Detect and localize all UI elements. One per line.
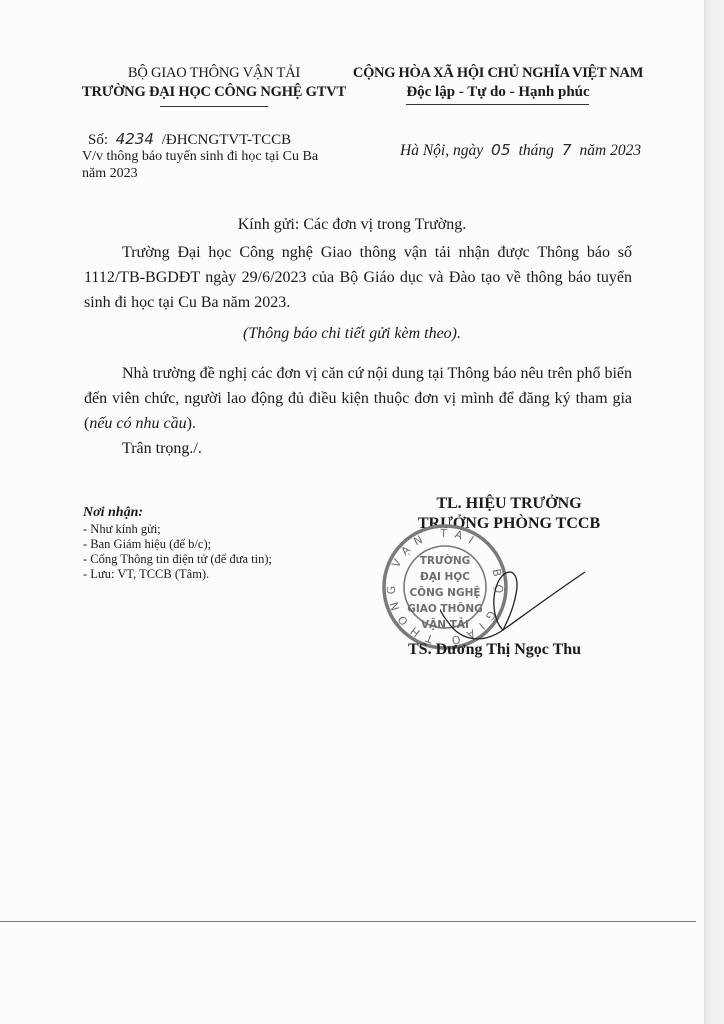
body-paragraph-2: Nhà trường đề nghị các đơn vị căn cứ nội…	[84, 361, 632, 436]
document-number: Số: 4234 /ĐHCNGTVT-TCCB	[88, 130, 291, 149]
ministry-name: BỘ GIAO THÔNG VẬN TẢI	[82, 64, 346, 83]
doc-number-handwritten: 4234	[116, 130, 154, 148]
day-handwritten: 05	[491, 141, 511, 159]
recipient-item: - Như kính gửi;	[83, 522, 272, 537]
handwritten-signature-icon	[440, 560, 590, 650]
header-underline	[160, 106, 268, 107]
subject-line-1: V/v thông báo tuyển sinh đi học tại Cu B…	[82, 148, 352, 165]
paragraph-1-text: Trường Đại học Công nghệ Giao thông vận …	[84, 244, 632, 311]
recipients-title: Nơi nhận:	[83, 504, 272, 522]
doc-number-suffix: /ĐHCNGTVT-TCCB	[162, 132, 291, 148]
body-paragraph-1: Trường Đại học Công nghệ Giao thông vận …	[84, 240, 632, 315]
document-subject: V/v thông báo tuyển sinh đi học tại Cu B…	[82, 148, 352, 182]
national-header: CỘNG HÒA XÃ HỘI CHỦ NGHĨA VIỆT NAM Độc l…	[348, 64, 648, 105]
subject-line-2: năm 2023	[82, 165, 352, 182]
place-label: Hà Nội, ngày	[400, 142, 483, 159]
closing: Trân trọng./.	[122, 440, 202, 458]
nation-name: CỘNG HÒA XÃ HỘI CHỦ NGHĨA VIỆT NAM	[348, 64, 648, 83]
issuer-header: BỘ GIAO THÔNG VẬN TẢI TRƯỜNG ĐẠI HỌC CÔN…	[82, 64, 346, 107]
salutation: Kính gửi: Các đơn vị trong Trường.	[0, 216, 704, 234]
month-label: tháng	[519, 142, 554, 159]
attachment-note: (Thông báo chi tiết gửi kèm theo).	[0, 325, 704, 343]
doc-number-prefix: Số:	[88, 132, 108, 148]
paragraph-2-italic: nếu có nhu cầu	[89, 415, 186, 432]
year-label: năm 2023	[580, 142, 642, 159]
recipients-block: Nơi nhận: - Như kính gửi; - Ban Giám hiệ…	[83, 504, 272, 582]
month-handwritten: 7	[562, 141, 572, 159]
recipient-item: - Lưu: VT, TCCB (Tâm).	[83, 567, 272, 582]
signer-name: TS. Dương Thị Ngọc Thu	[408, 641, 581, 659]
national-motto: Độc lập - Tự do - Hạnh phúc	[406, 83, 589, 102]
document-page: BỘ GIAO THÔNG VẬN TẢI TRƯỜNG ĐẠI HỌC CÔN…	[0, 0, 704, 1024]
recipient-item: - Cổng Thông tin điện tử (để đưa tin);	[83, 552, 272, 567]
signature-title-1: TL. HIỆU TRƯỞNG	[384, 494, 634, 514]
page-separator-line	[0, 921, 696, 922]
recipient-item: - Ban Giám hiệu (để b/c);	[83, 537, 272, 552]
school-name: TRƯỜNG ĐẠI HỌC CÔNG NGHỆ GTVT	[82, 83, 346, 102]
paragraph-2-end: ).	[187, 415, 196, 432]
scan-margin-band	[704, 0, 724, 1024]
motto-block: Độc lập - Tự do - Hạnh phúc	[406, 83, 589, 105]
motto-underline	[406, 104, 589, 105]
place-date: Hà Nội, ngày 05 tháng 7 năm 2023	[400, 141, 641, 160]
